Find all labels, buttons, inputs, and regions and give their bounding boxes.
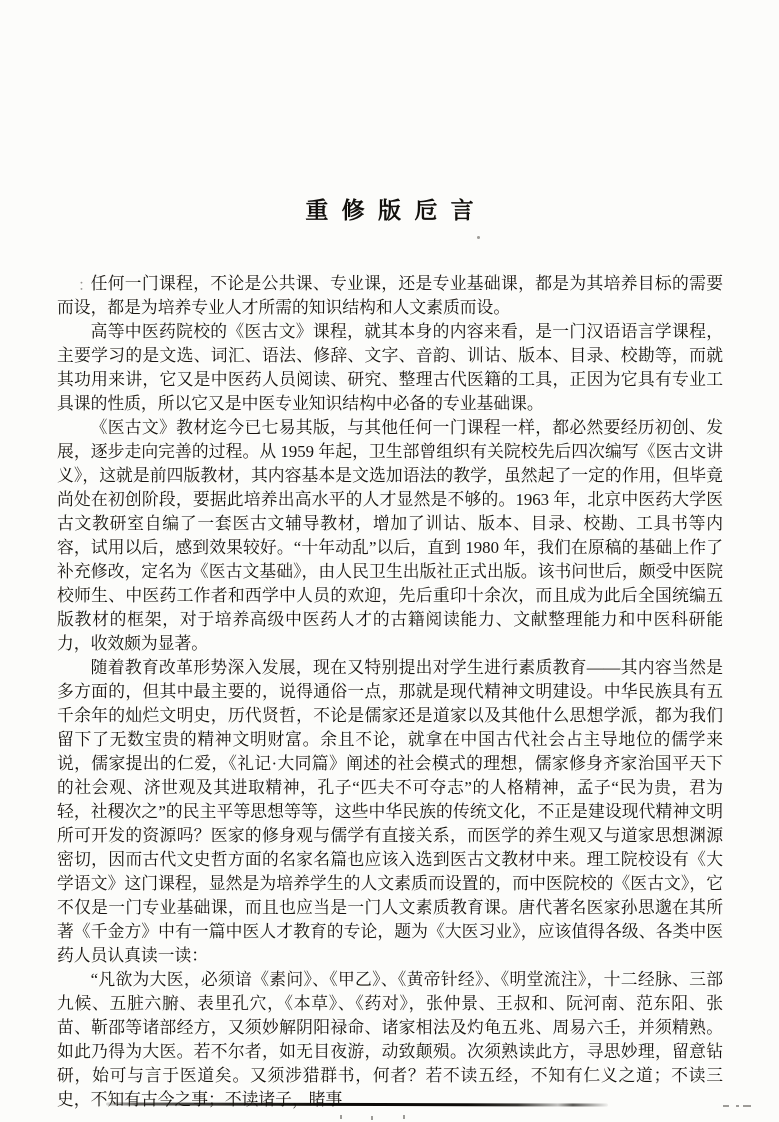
paragraph-text: 高等中医药院校的《医古文》课程，就其本身的内容来看，是一门汉语语言学课程，主要学… [57,322,723,413]
paragraph-4: 随着教育改革形势深入发展，现在又特别提出对学生进行素质教育——其内容当然是多方面… [57,656,723,968]
scan-speck [477,236,480,239]
scan-speck-colon: ： [78,274,93,298]
paragraph-2: 高等中医药院校的《医古文》课程，就其本身的内容来看，是一门汉语语言学课程，主要学… [57,320,723,416]
paragraph-text: “凡欲为大医，必须谙《素问》、《甲乙》、《黄帝针经》、《明堂流注》，十二经脉、三… [57,970,723,1109]
scan-speck [403,1115,405,1119]
body-text-block: ： 任何一门课程，不论是公共课、专业课，还是专业基础课，都是为其培养目标的需要而… [57,272,723,1112]
scan-speck [743,1105,751,1107]
scan-speck [723,1105,729,1107]
paragraph-text: 随着教育改革形势深入发展，现在又特别提出对学生进行素质教育——其内容当然是多方面… [57,658,723,965]
page-title: 重修版卮言 [0,192,779,225]
paragraph-3: 《医古文》教材迄今已七易其版，与其他任何一门课程一样，都必然要经历初创、发展，逐… [57,416,723,656]
paragraph-text: 《医古文》教材迄今已七易其版，与其他任何一门课程一样，都必然要经历初创、发展，逐… [57,418,723,653]
scanned-book-page: 重修版卮言 ： 任何一门课程，不论是公共课、专业课，还是专业基础课，都是为其培养… [0,0,779,1122]
paragraph-text: 任何一门课程，不论是公共课、专业课，还是专业基础课，都是为其培养目标的需要而设，… [57,274,723,317]
scan-speck [736,1105,739,1107]
paragraph-5-quote: “凡欲为大医，必须谙《素问》、《甲乙》、《黄帝针经》、《明堂流注》，十二经脉、三… [57,968,723,1112]
scan-speck [371,1116,373,1120]
scan-speck [340,1115,342,1119]
paragraph-1: 任何一门课程，不论是公共课、专业课，还是专业基础课，都是为其培养目标的需要而设，… [57,272,723,320]
